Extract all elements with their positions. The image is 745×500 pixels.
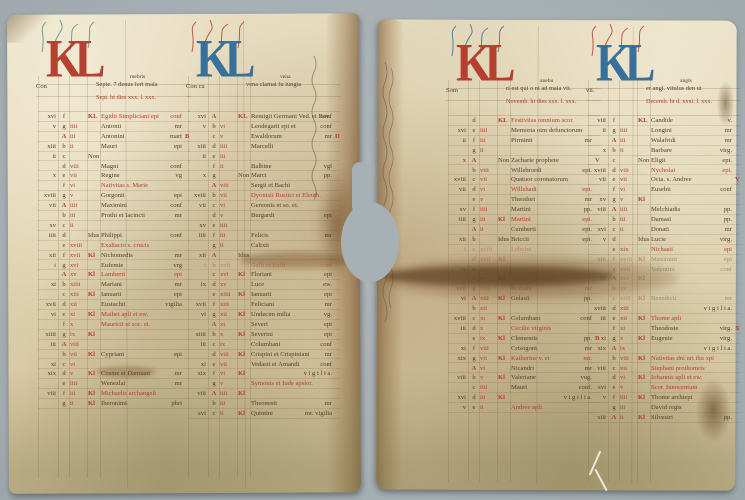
ferial-letter: d: [469, 324, 479, 333]
roman-day-count: v: [480, 373, 498, 382]
golden-number: xi: [588, 334, 606, 343]
calendar-row: cxiiiiKlBenedictimr: [588, 294, 740, 304]
calendar-row: xvievScor. Innocentum: [588, 383, 740, 393]
calendar-row: xiiiibxKlSeveriniepi: [188, 330, 340, 340]
ferial-letter: f: [609, 185, 619, 194]
roman-day-count: xv: [220, 280, 238, 289]
golden-number: xvi: [38, 112, 56, 121]
roman-day-count: vi: [620, 185, 638, 194]
ferial-letter: d: [59, 300, 69, 309]
roman-day-count: ix: [620, 344, 638, 353]
roman-day-count: iii: [480, 215, 498, 224]
calendar-row: viiAiiiiMaximiniconf: [38, 201, 190, 211]
calendar-row: icxviiiLebuini: [448, 245, 600, 255]
month-verse: er angl. vitulus den ut: [646, 86, 742, 92]
calendar-row: dxviiKl: [448, 255, 600, 265]
grade-abbreviation: mr: [684, 126, 732, 135]
ferial-letter: A: [59, 201, 69, 210]
golden-number: xiiii: [188, 330, 206, 339]
ferial-letter: d: [609, 235, 619, 244]
ferial-letter: d: [209, 211, 219, 220]
ruling-line: [38, 76, 39, 478]
roman-day-count: vi: [220, 369, 238, 378]
golden-number: i: [448, 245, 466, 254]
ruling-line: [608, 80, 609, 482]
grade-abbreviation: conf: [284, 122, 332, 131]
grade-abbreviation: epi.: [544, 185, 592, 194]
roman-day-count: viii: [480, 166, 498, 175]
ferial-letter: e: [609, 383, 619, 392]
golden-number: viii: [38, 389, 56, 398]
roman-day-count: xiii: [70, 290, 88, 299]
roman-day-count: v: [620, 383, 638, 392]
calendar-rows: dKLFestivitas omnium scor.xvieiiiiMemori…: [448, 115, 600, 116]
roman-day-count: viii: [70, 340, 88, 349]
calendar-rows: viiifKLCandidev.iigiiiiLonginimrAiiiWala…: [588, 115, 740, 116]
golden-number: viii: [188, 389, 206, 398]
grade-abbreviation: conf: [544, 314, 592, 323]
calendar-row: evTheodorimr: [448, 195, 600, 205]
ferial-letter: A: [209, 389, 219, 398]
ferial-letter: b: [209, 399, 219, 408]
calendar-row: gxviiValentiniconf: [588, 265, 740, 275]
saint-entry: Thome archiepi: [651, 393, 693, 402]
grade-abbreviation: conf: [284, 340, 332, 349]
golden-number: xvi: [588, 225, 606, 234]
calendar-rows: xviAKLRemigii Germani Ved. et Bav.confvb…: [188, 111, 340, 112]
calendar-row: xviiidviiiNycholaiepi.: [588, 166, 740, 176]
roman-day-count: viii: [220, 181, 238, 190]
saint-entry: Antonini: [101, 132, 124, 141]
roman-day-count: vi: [620, 373, 638, 382]
saint-entry: Michaelis archangeli: [101, 389, 156, 398]
roman-day-count: vii: [220, 191, 238, 200]
grade-abbreviation: epi: [284, 320, 332, 329]
ferial-letter: b: [209, 261, 219, 270]
ferial-letter: g: [209, 241, 219, 250]
calendar-row: xvifKLEgidii Simpliciani epiconf: [38, 112, 190, 122]
calendar-row: viexiKlMathei apli et ew.: [38, 310, 190, 320]
golden-number: xix: [38, 369, 56, 378]
calendar-row: AiiiAntoninimartB: [38, 132, 190, 142]
roman-day-count: v: [620, 195, 638, 204]
golden-number: xviii: [588, 166, 606, 175]
roman-day-count: ii: [220, 162, 238, 171]
calendar-row: xeviiReginevg: [38, 171, 190, 181]
grade-abbreviation: epi.: [544, 225, 592, 234]
grade-abbreviation: vg.: [284, 310, 332, 319]
ferial-letter: A: [209, 320, 219, 329]
ferial-letter: b: [469, 166, 479, 175]
roman-day-count: xv: [620, 284, 638, 293]
ruling-line: [219, 76, 220, 478]
saint-entry: Eugenie: [651, 334, 673, 343]
calendar-row: dviKlIohannis apli et ew.: [588, 373, 740, 383]
calendar-row: xicvi: [38, 360, 190, 370]
golden-number: x: [588, 146, 606, 155]
roman-day-count: vi: [70, 360, 88, 369]
ferial-letter: e: [609, 314, 619, 323]
calendar-row: gii: [448, 146, 600, 156]
calendar-row: xviifxiiiFelicianimr: [188, 300, 340, 310]
roman-day-count: xvii: [70, 251, 88, 260]
roman-day-count: xiiii: [620, 294, 638, 303]
saint-entry: Memoria oim defunctorum: [511, 126, 582, 135]
calendar-row: vdIdusLucievirg.: [588, 235, 740, 245]
grade-abbreviation: epi: [684, 245, 732, 254]
grade-abbreviation: v i g i l i a.: [684, 344, 732, 353]
calendar-row: xiiiigixKl: [38, 330, 190, 340]
calendar-row: fviEusebiiconf: [588, 185, 740, 195]
ferial-letter: A: [609, 413, 619, 422]
grade-abbreviation: conf: [134, 112, 182, 121]
ferial-letter: f: [609, 393, 619, 402]
calendar-row: cNonEligiiepi.: [588, 156, 740, 166]
ferial-letter: e: [59, 379, 69, 388]
calendar-row: bxv: [588, 284, 740, 294]
roman-day-count: iii: [620, 403, 638, 412]
saint-entry: Nichasii: [651, 245, 673, 254]
saint-entry: Wenezlai: [101, 379, 125, 388]
grade-abbreviation: pp.: [684, 215, 732, 224]
saint-entry: Crisogoni: [511, 344, 537, 353]
grade-abbreviation: mr: [284, 132, 332, 141]
grade-abbreviation: v.: [684, 116, 732, 125]
roman-day-count: ii: [480, 225, 498, 234]
ferial-letter: f: [59, 181, 69, 190]
golden-number: viii: [588, 116, 606, 125]
calendar-row: AviiiSergii et Bachi: [188, 181, 340, 191]
golden-number: iii: [448, 324, 466, 333]
ferial-letter: d: [609, 166, 619, 175]
roman-day-count: vi: [480, 185, 498, 194]
ferial-letter: e: [209, 152, 219, 161]
ruling-line: [237, 76, 238, 478]
ruling-line: [650, 80, 651, 482]
calendar-row: viiiAiiiiKl: [188, 389, 340, 399]
grade-abbreviation: mr: [134, 379, 182, 388]
calendar-row: viiifiiiKlMichaelis archangeli: [38, 389, 190, 399]
roman-day-count: xii: [220, 310, 238, 319]
roman-day-count: ii: [220, 241, 238, 250]
calendar-row: xixfviKlv i g i l i a.: [188, 369, 340, 379]
kl-initial: KL: [456, 36, 508, 90]
gap-notch: [352, 162, 370, 214]
ferial-letter: b: [469, 304, 479, 313]
calendar-row: vgiiiiAntoniimr: [38, 122, 190, 132]
golden-number: vii: [38, 201, 56, 210]
roman-day-count: x: [620, 334, 638, 343]
roman-day-count: xi: [620, 324, 638, 333]
saint-entry: Scor. Innocentum: [651, 383, 698, 392]
roman-day-count: ii: [620, 225, 638, 234]
roman-day-count: iiii: [620, 205, 638, 214]
ferial-letter: d: [209, 280, 219, 289]
roman-day-count: xvii: [620, 265, 638, 274]
golden-number: xi: [448, 344, 466, 353]
ferial-letter: e: [59, 171, 69, 180]
saint-entry: Burgardi: [251, 211, 274, 220]
grade-abbreviation: vrg: [134, 261, 182, 270]
roman-day-count: iiii: [70, 379, 88, 388]
saint-entry: Nycholai: [651, 166, 675, 175]
roman-day-count: vi: [70, 181, 88, 190]
golden-number: ii: [38, 152, 56, 161]
grade-abbreviation: virg.: [684, 146, 732, 155]
grade-abbreviation: virg.: [684, 334, 732, 343]
calendar-row: iieiii: [188, 152, 340, 162]
golden-number: xii: [448, 235, 466, 244]
golden-number: xv: [38, 221, 56, 230]
roman-day-count: vii: [70, 350, 88, 359]
saint-entry: Longini: [651, 126, 672, 135]
saint-entry: Iohannis apli et ew.: [651, 373, 702, 382]
golden-number: iii: [188, 340, 206, 349]
roman-day-count: ii: [220, 409, 238, 418]
calendar-row: iiiigiiiKlMartiniepi.: [448, 215, 600, 225]
month-verse: Septe. 7 denus fert mala: [96, 82, 192, 88]
ferial-letter: g: [59, 399, 69, 408]
golden-number: xviii: [448, 175, 466, 184]
grade-abbreviation: pp.: [684, 413, 732, 422]
roman-day-count: xviii: [480, 245, 498, 254]
calendar-row: giiiDavid regis: [588, 403, 740, 413]
calendar-row: vigxiiKlUndecim miliavg.: [188, 310, 340, 320]
ferial-letter: e: [609, 245, 619, 254]
calendar-row: iicNon: [38, 152, 190, 162]
calendar-row: xviiidxiiiv i g i l i a.: [588, 304, 740, 314]
manuscript-photo: KL Con Septe. 7 denus fert mala mebris S…: [0, 0, 745, 500]
grade-abbreviation: mr: [284, 300, 332, 309]
grade-abbreviation: conf: [134, 201, 182, 210]
calendar-row: iiicixColumbaniconf: [188, 340, 340, 350]
ferial-letter: f: [609, 116, 619, 125]
kl-initial: KL: [596, 36, 648, 90]
saint-entry: Calixti: [251, 241, 269, 250]
ruling-line: [87, 76, 88, 478]
golden-number: vii: [188, 201, 206, 210]
saint-entry: Theodosie: [651, 324, 678, 333]
golden-number: ii: [448, 136, 466, 145]
saint-entry: Lucie: [651, 235, 666, 244]
roman-day-count: ix: [70, 330, 88, 339]
ferial-letter: d: [59, 231, 69, 240]
grade-abbreviation: mr: [134, 211, 182, 220]
saint-entry: Maximini: [651, 255, 677, 264]
roman-day-count: iii: [480, 393, 498, 402]
calendar-row: iigiiiiLonginimr: [588, 126, 740, 136]
calendar-row: viiibvKlValerianevug.: [448, 373, 600, 383]
calendar-row: gvSymonis et Iude apslor.: [188, 379, 340, 389]
calendar-row: iiiidIdusPhilippiconf: [38, 231, 190, 241]
roman-day-count: ix: [220, 340, 238, 349]
roman-day-count: xix: [620, 245, 638, 254]
saint-entry: Cypriani: [101, 350, 124, 359]
saint-entry: Martini: [511, 205, 531, 214]
golden-number: vi: [448, 294, 466, 303]
saint-entry: Melchiadis: [651, 205, 680, 214]
grade-abbreviation: conf: [284, 261, 332, 270]
marginal-letter: V: [735, 175, 740, 184]
calendar-row: dviiiMagniconf: [38, 162, 190, 172]
saint-entry: Theodori: [511, 195, 535, 204]
ferial-letter: g: [469, 354, 479, 363]
grade-abbreviation: mr: [284, 350, 332, 359]
grade-abbreviation: mr: [284, 231, 332, 240]
golden-number: v: [448, 403, 466, 412]
calendar-row: iiiexiiKlThome apli: [588, 314, 740, 324]
roman-day-count: ii: [620, 146, 638, 155]
saint-entry: Magni: [101, 162, 118, 171]
ferial-letter: g: [469, 215, 479, 224]
roman-day-count: iiii: [220, 389, 238, 398]
calendar-row: ciiiiMauriconf.: [448, 383, 600, 393]
golden-number: xvi: [588, 383, 606, 392]
ruling-line: [637, 80, 638, 482]
ferial-letter: g: [59, 191, 69, 200]
calendar-row: cvEwaldorummrD: [188, 132, 340, 142]
calendar-row: iifiiiPirminiimr: [448, 136, 600, 146]
golden-number: xviii: [188, 191, 206, 200]
ruling-line: [250, 76, 251, 478]
grade-abbreviation: epi.: [684, 156, 732, 165]
grade-abbreviation: conf: [284, 112, 332, 121]
saint-entry: Willehadi: [511, 185, 537, 194]
ferial-letter: c: [209, 409, 219, 418]
ferial-letter: g: [609, 265, 619, 274]
ferial-letter: b: [209, 122, 219, 131]
grade-abbreviation: epi.: [684, 166, 732, 175]
grade-abbreviation: epi: [684, 255, 732, 264]
calendar-row: biiiDamasipp.: [588, 215, 740, 225]
ferial-letter: c: [209, 270, 219, 279]
roman-day-count: viii: [480, 344, 498, 353]
golden-number: xvii: [188, 300, 206, 309]
saint-entry: Dyonisii Rustici et Eleuth.: [251, 191, 321, 200]
calendar-row: cxviKlFlorianiepi: [188, 270, 340, 280]
saint-entry: Octa. s. Andree: [651, 175, 692, 184]
roman-day-count: iii: [620, 215, 638, 224]
ferial-letter: A: [609, 274, 619, 283]
calendar-rows: xvifKLEgidii Simpliciani epiconfvgiiiiAn…: [38, 111, 190, 112]
saint-entry: Mauri: [511, 383, 527, 392]
golden-number: xvi: [188, 112, 206, 121]
ferial-letter: g: [469, 284, 479, 293]
grade-abbreviation: epi: [284, 270, 332, 279]
ferial-letter: d: [469, 393, 479, 402]
roman-day-count: vii: [480, 354, 498, 363]
grade-abbreviation: pp.: [544, 205, 592, 214]
roman-day-count: iii: [220, 152, 238, 161]
golden-number: xi: [38, 360, 56, 369]
saint-entry: Mauri: [101, 142, 117, 151]
saint-entry: Gereonis et so. ei.: [251, 201, 298, 210]
saint-entry: Mathei apli et ew.: [101, 310, 148, 319]
calendar-row: iiidxCecilie virginis: [448, 324, 600, 334]
calendar-row: xviiicviiQuatuor coronatorum: [448, 175, 600, 185]
verse-superscript: mebris: [130, 74, 145, 80]
ferial-letter: b: [59, 211, 69, 220]
ruling-line: [58, 76, 59, 478]
calendar-row: xiiifxviiiKlMaximiniepi: [588, 255, 740, 265]
grade-abbreviation: vg: [134, 171, 182, 180]
ferial-letter: c: [59, 360, 69, 369]
calendar-row: xviigxiiiiRomanimr: [448, 284, 600, 294]
calendar-row: fxiTheodosievirg.X: [588, 324, 740, 334]
saint-entry: Pirminii: [511, 136, 533, 145]
roman-day-count: ix: [480, 334, 498, 343]
grade-abbreviation: mr: [544, 364, 592, 373]
ferial-letter: b: [609, 146, 619, 155]
golden-number: x: [448, 156, 466, 165]
ferial-letter: c: [469, 383, 479, 392]
golden-number: xi: [188, 360, 206, 369]
grade-abbreviation: pp.: [684, 205, 732, 214]
roman-day-count: xii: [480, 304, 498, 313]
calendar-row: fiiBalbinevgl: [188, 162, 340, 172]
roman-day-count: xiii: [480, 294, 498, 303]
ferial-letter: c: [59, 152, 69, 161]
ferial-letter: c: [59, 290, 69, 299]
grade-abbreviation: epi.: [544, 215, 592, 224]
golden-number: vi: [188, 310, 206, 319]
roman-day-count: xi: [70, 310, 88, 319]
grade-abbreviation: mr: [134, 280, 182, 289]
saint-entry: Symonis et Iude apslor.: [251, 379, 313, 388]
roman-day-count: vii: [620, 364, 638, 373]
roman-day-count: viii: [620, 166, 638, 175]
ferial-letter: b: [59, 280, 69, 289]
roman-day-count: xvi: [220, 270, 238, 279]
calendar-row: xvcii: [38, 221, 190, 231]
roman-day-count: xi: [220, 320, 238, 329]
saint-entry: Lamberti: [101, 270, 125, 279]
grade-abbreviation: conf: [134, 162, 182, 171]
golden-number: i: [188, 261, 206, 270]
saint-entry: Barbare: [651, 146, 672, 155]
calendar-row: xviiibviiDyonisii Rustici et Eleuth.: [188, 191, 340, 201]
golden-number: x: [188, 171, 206, 180]
roman-day-count: xiii: [620, 304, 638, 313]
verse-superscript: anebu: [540, 78, 553, 84]
ferial-letter: e: [209, 290, 219, 299]
saint-entry: Clementis: [511, 334, 538, 343]
roman-day-count: ii: [480, 403, 498, 412]
ferial-letter: A: [609, 136, 619, 145]
saint-entry: Willebrordi: [511, 166, 542, 175]
ferial-letter: b: [609, 354, 619, 363]
calendar-row: dKLFestivitas omnium scor.: [448, 116, 600, 126]
roman-day-count: xvii: [220, 261, 238, 270]
ferial-letter: e: [209, 221, 219, 230]
saint-entry: Festivitas omnium scor.: [511, 116, 574, 125]
ferial-letter: d: [469, 116, 479, 125]
saint-entry: Thome apli: [651, 314, 681, 323]
roman-day-count: xii: [620, 314, 638, 323]
calendar-row: exixNichasiiepi: [588, 245, 740, 255]
grade-abbreviation: conf: [684, 265, 732, 274]
ferial-letter: b: [469, 235, 479, 244]
grade-abbreviation: mr: [684, 225, 732, 234]
saint-entry: Marci: [251, 171, 267, 180]
calendar-row: cxiiiKlIanuariiepi: [38, 290, 190, 300]
calendar-row: xieviiVedasti et Amandiconf: [188, 360, 340, 370]
golden-number: vii: [448, 185, 466, 194]
ruling-line: [100, 76, 101, 478]
calendar-row: xiifxviiKlNichomedismr: [38, 251, 190, 261]
roman-day-count: ii: [70, 399, 88, 408]
golden-number: iii: [588, 314, 606, 323]
